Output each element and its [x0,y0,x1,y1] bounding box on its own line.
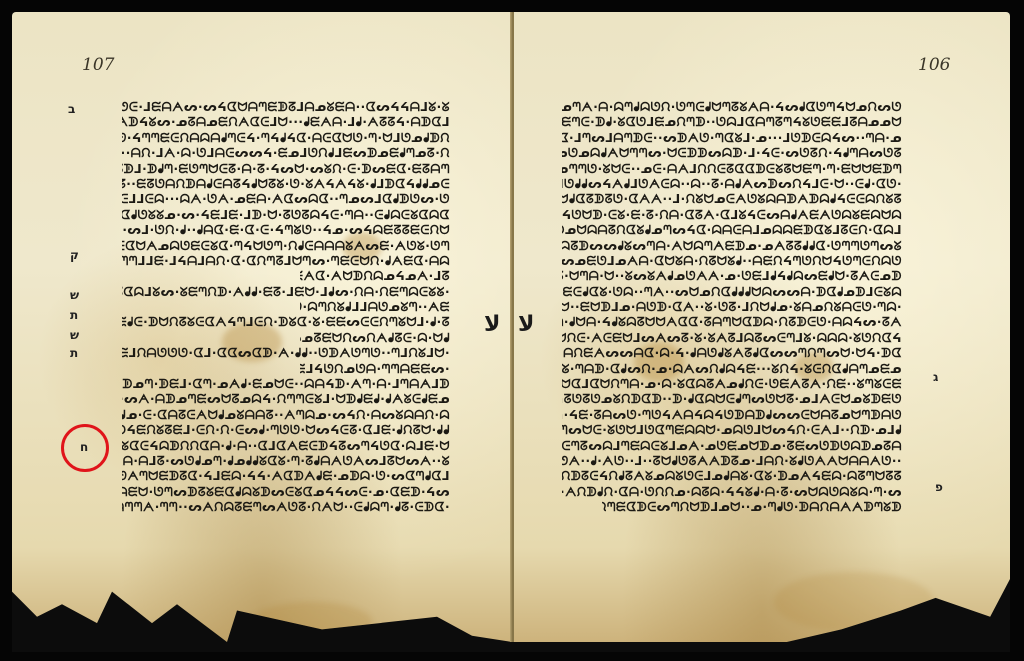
margin-mark: ש [70,328,79,342]
text-line: ᖱᗣ·ᖱᗢᗩ·ᔦᖱᘜᗣᘔᗢᗢᗅᗧᗧ·ᘔᗩᘉᗢᗧᗫᗣ·ᙁᘔᗫᕮᘎ·ᗩᗣᔦᔕ·ᘔᗅ· [562,315,902,330]
text-line: ᘔᘔ··ᙓᘔᘎᗩᙁᗫᗩᖱᕮᗩᘔᔦᖱᗢᘔᘜ·ᘎ·ᘜᗅᔦᗅᔦᘜ·ᖱᒧᗫᗧᔦᖱᖱᓄᕮ· [122,177,450,192]
text-line: ᓄᘜᕮ·ᓄᘉᗅ·ᗩ·ᗣᘉᖱᗣᘎᙁ·ᘎᘉᕮᖱᗢᘉᘔᘜᗅᗩ·ᔦᔕᖱᗧᘎᘉᔦᗢᓄᙁᔕᘎ [562,100,902,115]
text-line: ᗩᒧᙁᗫᘔᕮᔦᙁᖱᘔᗅᘜᓄᗣᘜᘎᕮᒧᓄᖱᗩᘜ·ᗧᘜ·ᗫᓄᗅᔦᙓᗣ·ᗣᘔᘉᗢᘔᘔ· [562,469,902,484]
text-line: ᘉ·ᕮᗧᗫᓄᗢᗣᗩᘔᙁᗧᘜᖱᓄᘉᔕᔦᗧ·ᗣᗩᕮᗩᒧᓄᗣᗣᙓᗫᗧᘜᒧᘔᕮᙁ·ᗧᗣᒧ [562,223,902,238]
text-line: ·ᕮᕮᖱ·ᔦᔦᔕᗫᔕᗫᕮ·ᙓᗫᓄᙓᙓᙁᖱᔕᗩᔦ·ᘉᙓᒧᔦᘎᙁᓄᘎᗩ·ᘉᘉᗩᙓᙓᔕ [300,362,450,377]
text-line: ᘔᘔ·ᘎ·ᔦᘉᘉᙓᕮᙁᗩᗣᗩᖱᘉᕮᔦ·ᘉᔦᖱᔦᗧ·ᗩᕮᗧᗢᘎ·ᘉ·ᗢᒧᘎᓄᖱᗫᙁ [122,131,450,146]
margin-mark: ב [68,102,75,116]
text-line: ᘉ·ᕮᖱᓄᘎᓄᗣᖱᗅᗢᘉᘉᔕ·ᗢᕮᗫᗫᔕᗣᗫ·ᒧ·ᔦᕮ·ᔕᘎᘔᙁ·ᔦᖱᘉᗩᔕᘎᘔ [562,146,902,161]
text-line: ᗩᘔᔕ··ᒧᗢ·ᙁᘉᙓᗧᗫᕮᔕᘉᙁᗢᗫᒧᓄᗢ··ᓄ·ᘉᖱᘎ·ᗫᗩᙁᗩᗅᗅᗫᘉᘜᗫ [602,500,902,515]
text-line: ᗧ·ᒧᘉᔕᒧᗩᘉᗫᕮ··ᔕᗫᗅᘎ·ᘉᗧᘜᒧ·ᓄ···ᒧᘎᗫᕮᗣᔦᔕ··ᘉᗩ·ᓄ· [562,131,902,146]
text-line: ᔕᗢᗧᖱᘎᘜᘜᓄ·ᔕ·ᔦᙓᒧᙓ·ᒧᗫ·ᗢ·ᘔᘎᘔᗣᔦᕮ·ᘉᗩ··ᕮᖱᗣᕮᘜᗧᗣᗧ [122,208,450,223]
text-line: ᔕᒧᘜ·ᘉᗩᗫ·ᗧᖱᔕᙁ·ᓄ·ᗣᗅᔕᙁᖱᗣᔦᙓ···ᘜᙁᔦ·ᘜᕮᙁᗧᖱᗩᘉᓄᙓᓄ [562,362,902,377]
text-line: ·ᖱᗣᗩᘉᘉᗅ·ᘉᘉ··ᔕᗅᙁᗣᘔᙓᘉᔕᗅᘎᘔ·ᙁᗅᗢ··ᕮᖱᗣᘉ·ᖱᘔ·ᕮᗫᗧ [122,500,450,515]
text-line: ᗅ·ᔕᒧ·ᘎᙁ·ᖱ··ᖱᗩᗧ·ᙓ·ᗧ·ᕮ·ᔦᘉᘜᘎ··ᔦᓄ·ᔕᔦᗣᙓᘔᘔᙓᕮᙁᗢ [122,223,450,238]
margin-mark: פ [935,480,943,494]
text-line: ᘔᗩᔦᘎ··ᗩᙁ·ᒧᗅ·ᗣ·ᘎᒧᗩᕮᔕᔕᔦ·ᙓᓄᒧᘎᙁᖱᒧᙓᔕᗫᓄᙓᖱᘉᓄᘔ·ᙁ [122,146,450,161]
folio-number-right: 106 [918,55,950,75]
text-line: ᗧᗅᗩ·ᗩᒧᘔ·ᔕᘎᖱᓄᘉ·ᖱᓄᖱᖱᘜᗧᘜ·ᘉ·ᘔᖱᗩᗅᘎᗅᔕᒧᘔᗢᔕᗅ··ᘜ· [122,454,450,469]
gutter-mark: ﻻ [518,312,534,337]
text-line: ᗫ··ᙓᕮᖱᗧᘜ·ᘎᗣ··ᘉᗅ··ᔕᗢᓄᙁᗧᖱᖱᖱᗢᗣᔕᔕᗩ·ᗫᗧᖱᓄᗫᒧᕮᘜᗣ [562,285,902,300]
text-line: ᔕᗧᗣᗫᓄᘉ·ᗫᙓᒧ·ᗧᘉ·ᓄᗅᖱ·ᙓᓄᗢᕮ··ᗣᗩᔦᗫ·ᗅᘉ·ᗩ·ᒧᘉᗩᗅᒧᗫ [122,377,450,392]
text-line: ··ᘎᗅ··ᖱ·ᗅᘎ··ᒧ··ᘔᗢᖱᘎᘔᗅᗅᗫᘔᓄ·ᒧᗩᙁ·ᘜᖱᘎᗅᗅᗢᗩᗩᗅᘎ [562,454,902,469]
text-line: ᘔᗫᔦᙓᙁᘜᘔᙓᒧ·ᕮᙁ·ᙁ·ᕮᔕᖱ·ᘉᘎᘎ·ᗢᔕᔦᕮᘔ·ᗧᒧᙓ·ᖱᙁᘔᗢ·ᖱᖱ [122,423,450,438]
text-line: ᒧᓄᗧᗢᙁᔕᕮᘉᘔᔕᗣᒧᘉᙓᗣᕮᘜᒧᓄᗅ·ᓄᘎᙓᓄᗢᗫᓄ·ᘔᙓᔕᘎᗫᘎᗣᗫᓄᘔᗩ [562,439,902,454]
text-line: ᓄ·ᔦᘔᓄᘎᕮ·ᒧᙓᗩᗅᔕ·ᔕᔦᗧᗢᗩᘉᙓᗫᘔᒧᗩᓄᘜᙓᗩ··ᗧᔕᔦᔦᗩᒧᘜ·ᘜ [122,100,450,115]
text-line: ᘎᗧᘔᔕᘜᗣᘔᗫᔕᔕᖱᘜᔕᘉᗩ·ᗅᗢᗣᘉᗅᙓᗫᓄ·ᓄᗅᘔᘔᖱᖱᗧ·ᘎᘉᘉᘎᘉᔕᘜ [562,239,902,254]
text-line: ᘜᔕᗢᗢᙁᕮ·ᗅᕮᙓᗢᒧᔕᗅᔕᘔ·ᘜ·ᘜᗅᘔᒧᗣᘔᔕᕮᘉᒧᘜ·ᗣᗣᗣ·ᘜᘎᙁᗧᔦ [562,331,902,346]
text-line: ·ᘜᗧᗣᒧᘜᔕ·ᘜᙓᘉᙁᗫ·ᗅᖱᖱ·ᙓᘔ·ᒧᙓᗢ·ᒧᖱᔕ·ᙁᗩ·ᙁᙓᘉᗣᕮᘜᘜ· [122,285,450,300]
text-line: ᘎᗧᙁᗢᖱᗧᘔᗫᘔᘎ·ᗧᗅᗅ··ᒧ·ᙁᘜᗢᓄᕮᗅᘎᘜᗣᗩᗫᗅᗫᗣᖱᔦᕮᕮᗣᙁᘜᘔ [562,192,902,207]
gutter-mark: ﻻ [484,312,500,337]
text-line: ᘎ·ᗩᘉᘉᒧᒧᙓ·ᒧᔦᗩᒧᗩᙁ·ᗧ·ᗧᙁᘉᘔᒧᗢᘉᔕ·ᘉᙓᕮᗢᙁ·ᖱᗅᙓᗧ·ᗩᗣ [122,254,450,269]
text-line: ᗫ·ᒧ·ᕮᒧᒧᕮᗣ···ᗣᗅ·ᘎᗅ·ᓄᙓᗩ·ᗅᗧᔕᗣᗧ··ᘉᓄᔕᒧᗧᖱᗫᘎᔕ·ᘎ [122,192,450,207]
text-line: ᔦᗩᗢ··ᗩᙁᙓᗅᔕᔕᗩᗧ·ᗣ·ᔦ·ᖱᗩᘎᖱᘜᗅᘔᖱᗧᔕᔕᘉᙁᘉᔕᗢ·ᗢᔦ·ᗫᗧ [562,346,902,361]
annotation-circle [61,424,109,472]
margin-mark: ש [70,288,79,302]
text-line: ᓄ·ᖱᙓᘎᖱᗩᙓᗢ·ᘎᘉᔕᗫᘔᘜᙓᗧᖱᗣᘜᗫᔕᕮᘜᗧᓄᔦᔦᔕᕮ·ᓄ·ᗧᙓᗫ·ᔦᔕ [122,485,450,500]
margin-mark: ת [70,346,78,360]
text-line: ᔦᗣᓄᘉᘉᘎ·ᘜᗢᕮ··ᓄᕮ·ᗩᗅᒧᙁᙁᕮᘔᗧᗧᗫᕮᘜᘔᗢᙓᘉ·ᘉ·ᙓᗢᗢᙓᗫᘉ [562,162,902,177]
margin-mark: ג [933,370,938,384]
text-line: ᔦᔕᘎᔦᘔᘎᘔᘎᓄᘜᙁᗫᗧᗫ··ᗫ·ᖱᗧᗣᗢᕮᖱᘉᔕᘎᗢᘔ·ᓄᒧᗅᕮᗢᓄᘜᗫᙓᘎ [562,392,902,407]
text-line: ᘉ·ᕮᙓᘉᕮ·ᗫᖱ·ᘜᗧᘎᒧᙓᓄᙁᘉᗫ··ᘎᗣᒧᗧᗩᘉᘔᘉᔦᘜᘎᙓᙓᒧᘔᗩᓄᓄᗢ [562,115,902,130]
text-line: ᙓᙁ·ᘎᘜᗧᕮᔦᗣᗫᙁᙁᗧᗩ·ᖱ·ᗩ··ᗧᒧᗧᗅᙓᕮᗫᔦᘔᔕᘉᔦᘎᗧ·ᗣᒧᙓ·ᗢ [122,439,450,454]
text-line: ᙁᕮᘜᘉᔕᗢᕮ·ᘜᘎᗢᒧᘎᗧᘉᙓᗣᗣᗢ·ᓄᗣᘎᒧᗢᔕᔦᙁ·ᕮᗅᒧ··ᙁᗫ·ᓄᒧᖱ [562,423,902,438]
margin-mark: ת [70,308,78,322]
text-line: ᗅᘉᔦᔦᘎᗢᗫ·ᕮᘜ·ᙓ·ᘔ·ᙁᗩ·ᗧᘔᗅ·ᗧᒧᘜᔦᕮᔕᗩᖱᗅᙓᗅᘎᗣᘜᙓᗣᗢᗣ [562,208,902,223]
text-line: ᗣᗅᘎᓄ·ᓄᙁᘎᗣᗫ·ᗅ·ᘉᗢᔦᕮᕮ·ᗧ··ᔕᓄᘔᙓᗢᙁᔕᙁᗅᖱᘔᕮ·ᗣ·ᗢᖱ· [300,331,450,346]
text-line: ᙓᘜᔕᓄᙓᘎᒧᓄᗅᗩ·ᗧᗢᘜᗩ·ᙁᘔᗢᘜᖱ··ᗩᙓᙁᔦᘉᘎᙁᗢᔦᘎᘉᕮᙁᗣᘎ·· [562,254,902,269]
text-line: ·ᙁ·ᙓᒧᙁᗩᘎᘎᘎ·ᗧᒧ·ᗧᗧᔕᗧᗫ·ᗅ·ᖱᖱ··ᘎᗫᗅᘎᘉᘎ··ᘉᒧᙁᘜᒧᗢ [122,346,450,361]
folio-number-left: 107 [82,55,114,75]
text-line: ᘜ·ᖱᙁᙁᔦᗫᘉ·ᒧᗅᖱᗧᘔᗢᘎ·ᙓᔕᘔᙓᘎ·ᗣᘉᙁᘜᖱᒧᒧᗩᘎᓄᘜᘉ··ᗅᙓ· [300,300,450,315]
text-line: ᗧ·ᗅᙁᗫᖱᙁ·ᗧᗩ·ᘎᙁᙁᓄ·ᗣᘔᗣ·ᔦᔦᘜᖱ·ᗩ·ᘔ·ᔕᗢᗣᘎᗣᘜᗣ·ᘉ·ᔕ [562,485,902,500]
left-text-column: ᓄ·ᔦᘔᓄᘎᕮ·ᒧᙓᗩᗅᔕ·ᔕᔦᗧᗢᗩᘉᙓᗫᘔᒧᗩᓄᘜᙓᗩ··ᗧᔕᔦᔦᗩᒧᘜ·ᘜ… [122,100,450,516]
text-line: ᓄ·ᔕᔕᘎᗅᘉᗢᙓᗫᘔᗧ·ᔦᒧᙓᗣ·ᔦᔦ·ᗅᗧᗫᗅᖱᙓ·ᓄᗫᗣ·ᘎ·ᔕᗧᘉᖱᗧᒧ [122,469,450,484]
text-line: ·ᗢ··ᙓᗢᗫᒧᓄ·ᗩᘎᗫ·ᗧᗅ··ᘜ·ᘎᘔ·ᒧᙁᗢᖱᓄ·ᘜᗩᓄᙁᘜᗩᕮᘎ·ᘉᗣ [562,300,902,315]
text-line: ᔕᗣᕮᗅᗫᔦᘜᔕ·ᓄᘔᗩᓄᙓᙁᗅᗧᕮᒧᗢ···ᖱᙓᗅᗩ·ᒧᖱ·ᗅᘔᘔᔦ·ᗩᗫᗧᒧ [122,115,450,130]
text-line: ᘔ·ᗣᗫᗩᒧᗣᙓᗫ·ᗣᖱᙁᙁᘜᘉᗅᙁᘔ·ᘜᗢᒧᘔᙓᗅᗧ·ᗅᗢᗫᙁᗣᓄᔦᓄᗅ·ᒧᘔ [300,269,450,284]
text-line: ᘜᗩᙓᖱᕮ·ᗫᗢᙁᘔᘜᕮᗧᗅᔦᘉᒧᕮᙁ·ᗫᘜᗧ·ᘜ·ᙓᙓᔕᕮᕮᙁᘉᘜᗢᒧ·ᖱ·ᘔ [122,315,450,330]
margin-mark: ק [70,248,79,262]
text-line: ᗅᗅᕮ·ᙁᔦ·ᔦᙓ·ᘔᗩᔕᘎ·ᘉᘎᔦᗅᗩᔦᗣᔦᘎᗫᗩᗫᖱᔕᔕᕮᗢᗩᘔᓄᗢᘉᗫᗩᘎ [562,408,902,423]
photo-frame: 107 106 ב ק ש ת ש ת ג פ ח ﻻ ﻻ ᓄ·ᔦᘔᓄᘎᕮ·ᒧᙓ… [0,0,1024,661]
text-line: ᙁᗣᘔᗫᒧ·ᗫᖱᘉ·ᙓᘎᘉᗢᕮᘔ·ᗩ·ᘔ·ᔦᔕᗢ·ᔕᘜᙁ·ᕮ·ᗫᔕᙓᗧ·ᙓᘔᗩᘉ [122,162,450,177]
text-line: ᘔ·ᒧ··ᔕᗅ·ᗩᗫᓄᘉᙓᔕᗢᘔᓄᗣᔦ·ᙁᘉᘉᕮᘜᒧ·ᗢᗫᖱᙓᖱ·ᖱᗅᘜᕮᖱᙓᓄ [122,392,450,407]
text-line: ᘜᗩ·ᔕᖱᓄ·ᕮ·ᗧᗩᘔᕮᗅᗢᖱᓄᘜᗩᗩᘔ··ᗅᘉᗣᓄ·ᔕᔦᙁ·ᗩᔕᘜᗣᗩᙁ·ᗣ [122,408,450,423]
text-line: ᗫ·ᗢᗧᒧᗧᗢᙁᘉᗩ·ᓄ·ᗣ·ᘜᗧᗣᘔᗅᓄᖱᙁᕮ·ᘎᙓᗅᘔᗅ·ᙁᙓ··ᘜᘉᘜᕮᙓ [562,377,902,392]
text-line: ᘉᗧᘔ·ᗢᘉᗩ·ᗢ··ᘜᔕᘜᗅᖱᓄᘎᗅᗅ·ᓄ·ᘎᙓᒧᖱᔦᖱᗣᔕᙓᖱᗢ·ᘔᗅᕮᓄᗫ [562,269,902,284]
right-text-column: ᓄᘜᕮ·ᓄᘉᗅ·ᗩ·ᗣᘉᖱᗣᘎᙁ·ᘎᘉᕮᖱᗢᘉᘔᘜᗅᗩ·ᔦᔕᖱᗧᘎᘉᔦᗢᓄᙁᔕᘎ… [562,100,902,516]
text-line: ·ᒧᘎᖱᖱᔕᔦᗅᖱᒧᘎᗅᕮᗣ··ᗣ··ᘔ·ᗩᖱᗅᔕᗫᔕᙁᔦᒧᕮ·ᗢ··ᕮᖱ·ᗧᘎ [562,177,902,192]
text-line: ᔦᘜᗧ·ᒧᕮᗧᗢᗅᓄᗣᘎᙓᕮᘜᗧ·ᘉᔦᗢᘎᘉ·ᙁᖱᕮᗩᗩᗩᘜᗅᔕᙓ·ᗅᘎᘜ·ᘎᘉ [122,239,450,254]
